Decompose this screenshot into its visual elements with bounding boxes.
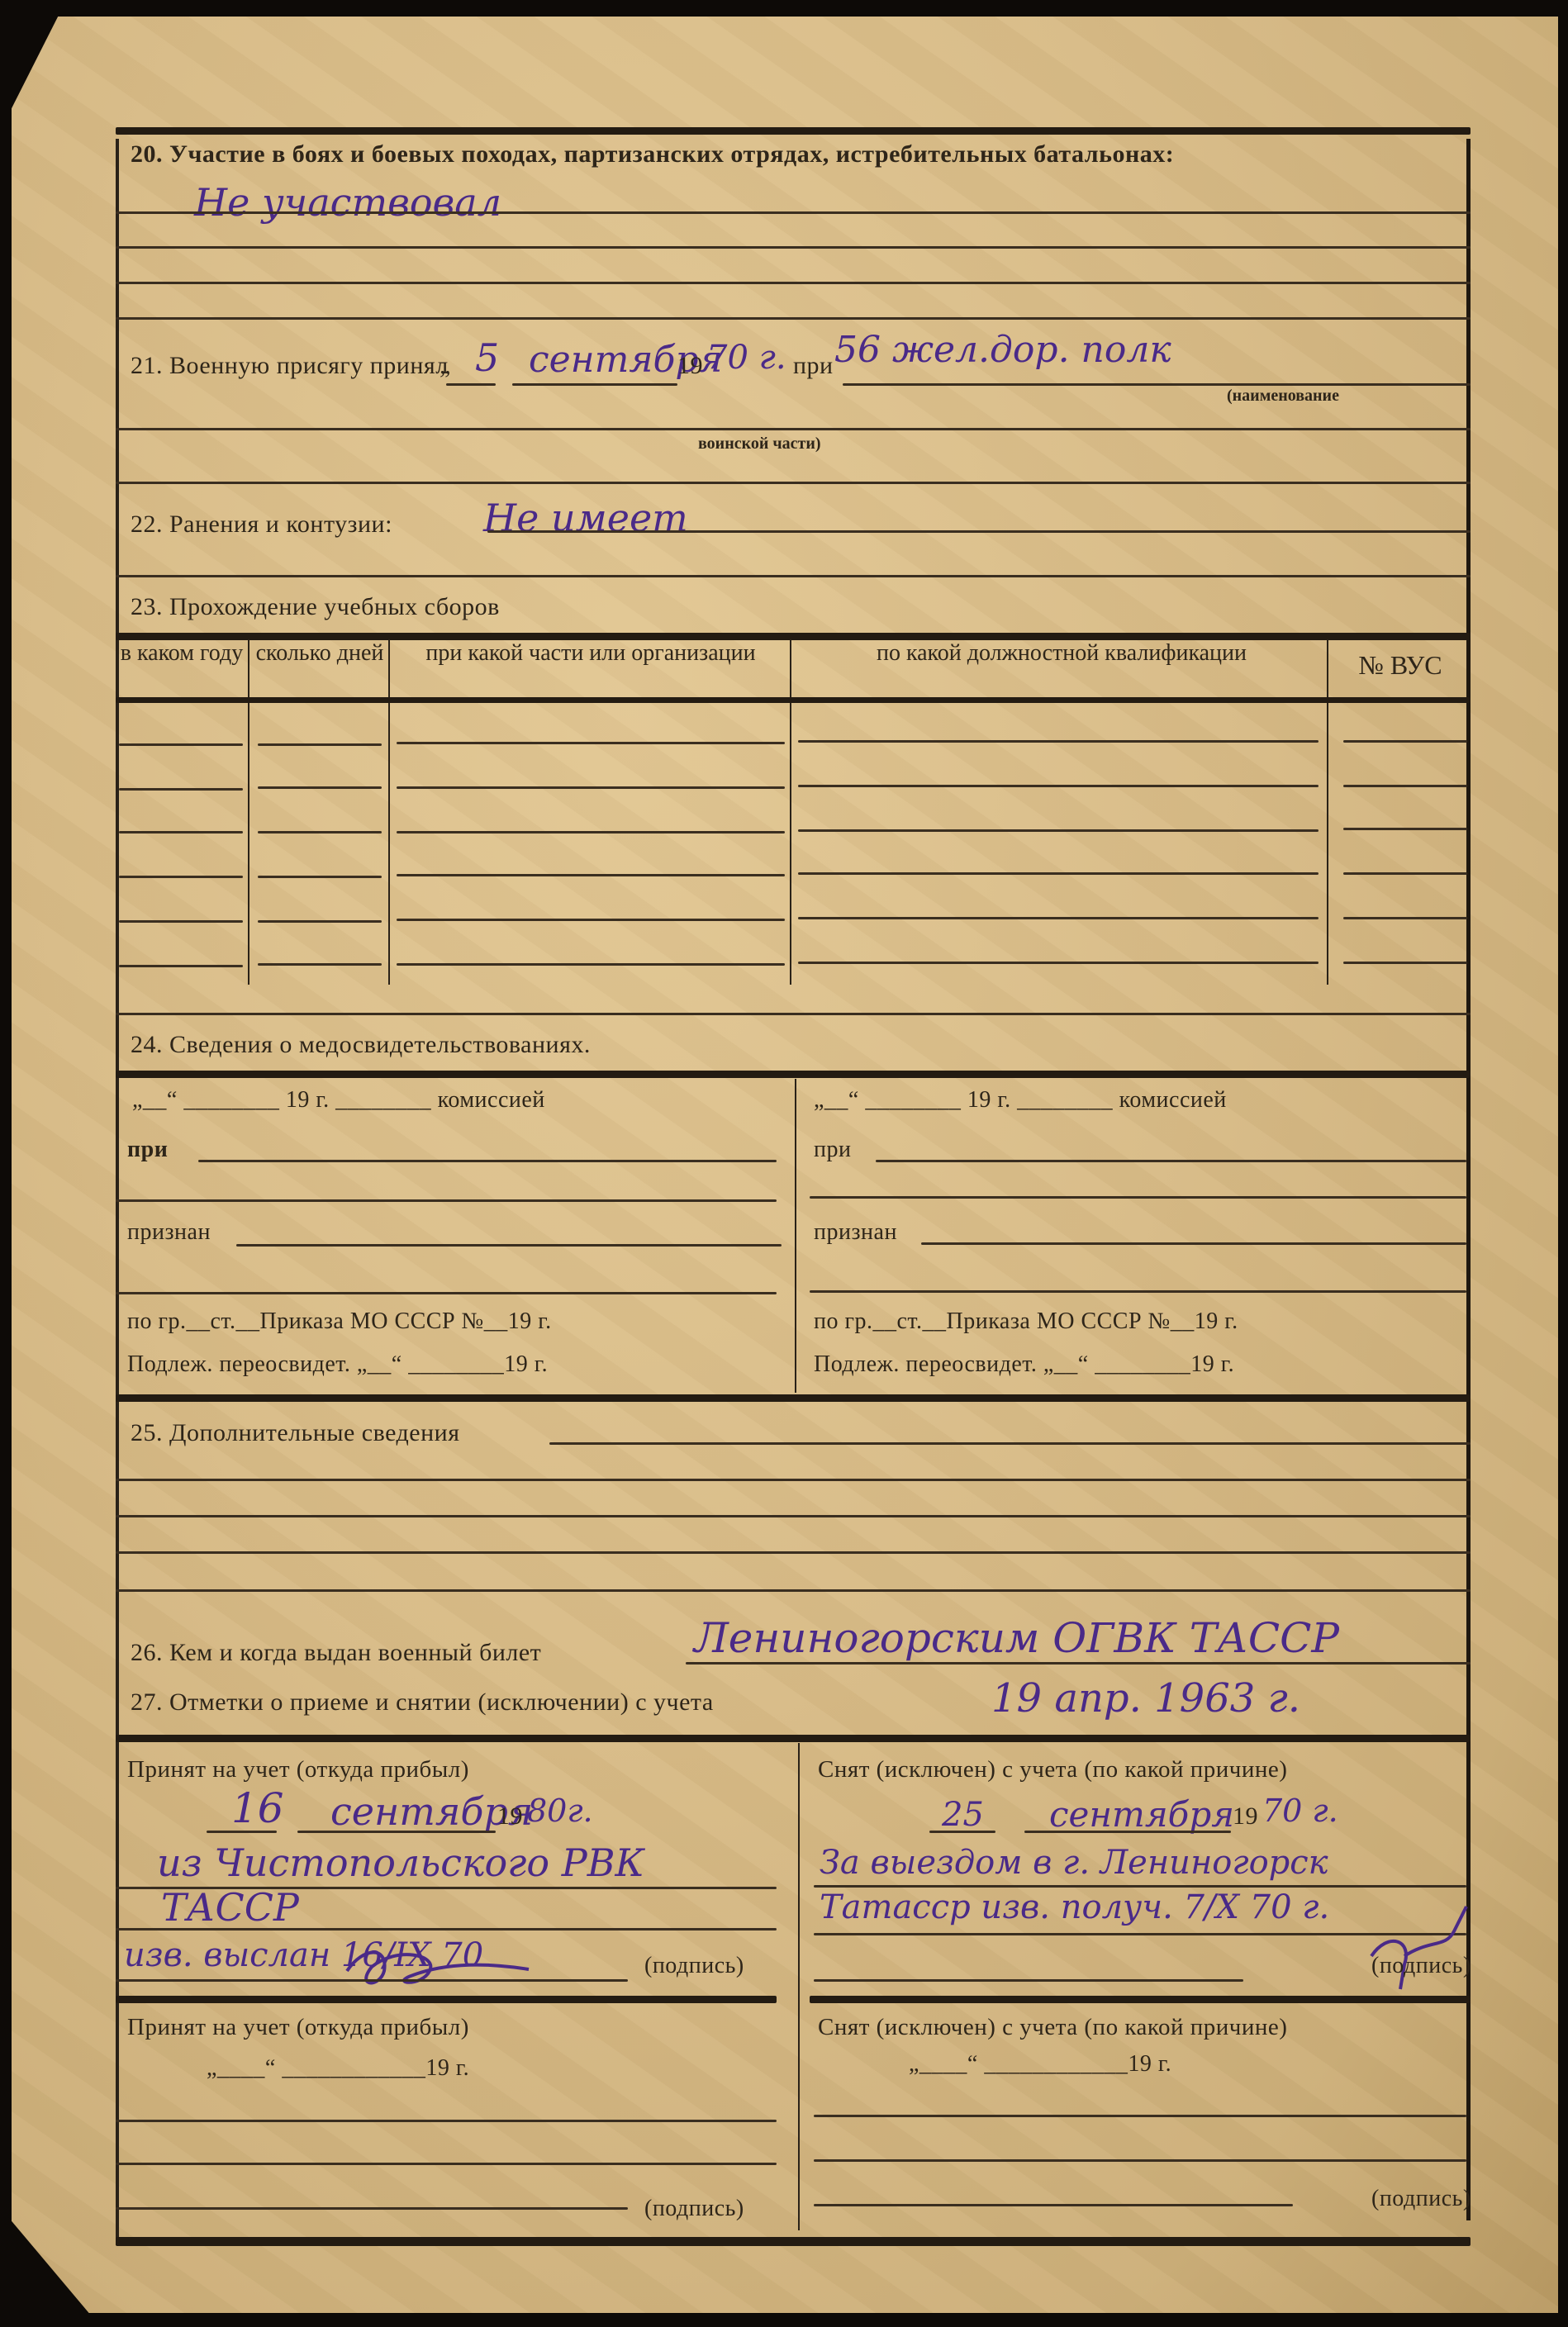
rule xyxy=(843,383,1471,386)
col-divider xyxy=(798,1743,800,2230)
rule xyxy=(512,383,677,386)
rule xyxy=(116,1515,1471,1517)
signature-caption: (подпись) xyxy=(1371,2186,1471,2212)
accepted-date-blank: „____“ ____________19 г. xyxy=(207,2055,469,2082)
section-21-label: 21. Военную присягу принял xyxy=(131,352,449,380)
oath-day: 5 xyxy=(475,335,499,380)
rule-thick xyxy=(116,1996,777,2003)
exam-order: по гр.__ст.__Приказа МО СССР №__19 г. xyxy=(814,1308,1238,1335)
signature-caption: (подпись) xyxy=(644,1953,744,1979)
year-prefix: 19 xyxy=(677,352,703,380)
signature-caption: (подпись) xyxy=(1371,1953,1471,1979)
accepted-heading: Принят на учет (откуда прибыл) xyxy=(127,2014,469,2041)
exam-pri: при xyxy=(814,1137,851,1163)
rule-thick xyxy=(810,1996,1471,2003)
exam-date-line: „__“ ________ 19 г. ________ комиссией xyxy=(132,1087,545,1114)
accepted-year: 80г. xyxy=(527,1793,593,1829)
exam-pri: при xyxy=(127,1137,168,1163)
rule xyxy=(116,1013,1471,1015)
section-20-label: 20. Участие в боях и боевых походах, пар… xyxy=(131,140,1174,169)
table-header-rule xyxy=(116,697,1471,703)
exam-recheck: Подлеж. переосвидет. „__“ ________19 г. xyxy=(127,1351,548,1378)
col-header-days: сколько дней xyxy=(249,639,390,667)
caption-unit-name: (наименование xyxy=(1227,387,1339,406)
rule-thick xyxy=(116,1735,1471,1742)
rule xyxy=(116,1589,1471,1592)
exam-priznan: признан xyxy=(127,1219,211,1246)
military-id-issuer: Лениногорским ОГВК ТАССР xyxy=(694,1614,1339,1662)
removed-heading: Снят (исключен) с учета (по какой причин… xyxy=(818,2014,1287,2041)
rule xyxy=(549,1442,1471,1445)
col-divider xyxy=(248,639,249,985)
rule xyxy=(686,1662,1471,1665)
rule xyxy=(116,282,1471,284)
year-prefix: 19 xyxy=(1233,1802,1258,1831)
rule xyxy=(116,1551,1471,1554)
removed-reason: За выездом в г. Лениногорск xyxy=(820,1844,1328,1882)
bottom-rule xyxy=(116,2237,1471,2246)
at-label: при xyxy=(793,352,834,380)
col-divider xyxy=(388,639,390,985)
rule xyxy=(116,575,1471,577)
caption-military-unit: воинской части) xyxy=(698,435,821,454)
top-rule xyxy=(116,127,1471,135)
signature-icon xyxy=(1355,1898,1471,1997)
year-prefix: 19 xyxy=(497,1802,523,1831)
rule-thick xyxy=(116,1071,1471,1078)
exam-order: по гр.__ст.__Приказа МО СССР №__19 г. xyxy=(127,1308,552,1335)
section-27-label: 27. Отметки о приеме и снятии (исключени… xyxy=(131,1688,714,1717)
signature-icon xyxy=(339,1938,537,1996)
quote-mark: „ xyxy=(440,352,451,380)
col-divider xyxy=(795,1079,796,1393)
section-22-value: Не имеет xyxy=(483,496,688,540)
rule xyxy=(116,482,1471,484)
rule xyxy=(487,530,1471,533)
rule-thick xyxy=(116,1394,1471,1402)
col-header-unit: при какой части или организации xyxy=(392,639,789,667)
removed-date-blank: „____“ ____________19 г. xyxy=(909,2051,1171,2078)
military-id-issue-date: 19 апр. 1963 г. xyxy=(991,1675,1300,1722)
accepted-from: из Чистопольского РВК xyxy=(157,1840,644,1885)
col-divider xyxy=(1327,639,1328,985)
rule xyxy=(116,211,1471,214)
col-header-qualification: по какой должностной квалификации xyxy=(793,639,1330,667)
accepted-day: 16 xyxy=(231,1784,284,1832)
removed-year: 70 г. xyxy=(1262,1793,1338,1829)
col-header-year: в каком году xyxy=(116,639,248,667)
section-24-label: 24. Сведения о медосвидетельствованиях. xyxy=(131,1031,591,1059)
section-22-label: 22. Ранения и контузии: xyxy=(131,511,392,539)
rule xyxy=(446,383,496,386)
section-20-value: Не участвовал xyxy=(194,180,501,225)
removed-day: 25 xyxy=(942,1796,984,1834)
exam-date-line: „__“ ________ 19 г. ________ комиссией xyxy=(814,1087,1227,1114)
oath-unit: 56 жел.дор. полк xyxy=(834,329,1171,371)
removed-month: сентября xyxy=(1049,1794,1234,1835)
section-26-label: 26. Кем и когда выдан военный билет xyxy=(131,1639,541,1667)
record-form: 20. Участие в боях и боевых походах, пар… xyxy=(116,122,1471,2237)
col-divider xyxy=(790,639,791,985)
rule xyxy=(116,317,1471,320)
col-header-vus: № ВУС xyxy=(1330,651,1471,679)
accepted-region: ТАССР xyxy=(161,1885,299,1930)
rule xyxy=(116,1479,1471,1481)
accepted-heading: Принят на учет (откуда прибыл) xyxy=(127,1756,469,1783)
rule xyxy=(116,428,1471,430)
signature-caption: (подпись) xyxy=(644,2196,744,2222)
oath-year: 70 г. xyxy=(706,339,786,377)
section-25-label: 25. Дополнительные сведения xyxy=(131,1419,460,1447)
removed-notice: Татасср изв. получ. 7/X 70 г. xyxy=(820,1888,1329,1926)
rule xyxy=(116,246,1471,249)
removed-heading: Снят (исключен) с учета (по какой причин… xyxy=(818,1756,1287,1783)
section-23-label: 23. Прохождение учебных сборов xyxy=(131,593,500,621)
exam-priznan: признан xyxy=(814,1219,897,1246)
exam-recheck: Подлеж. переосвидет. „__“ ________19 г. xyxy=(814,1351,1234,1378)
